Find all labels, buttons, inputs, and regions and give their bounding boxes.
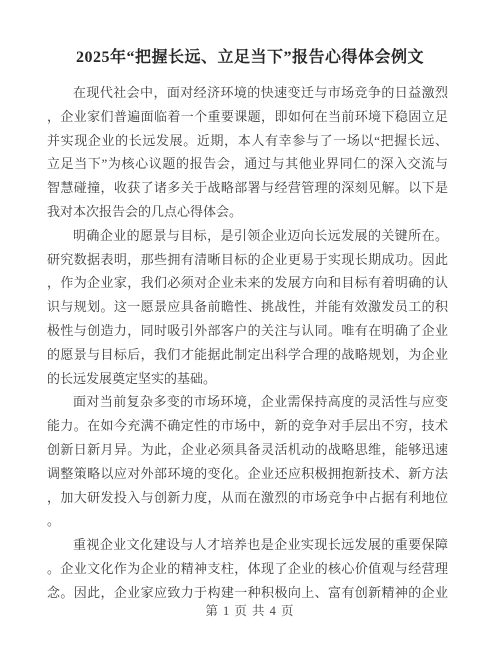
paragraph: 面对当前复杂多变的市场环境，企业需保持高度的灵活性与应变能力。在如今充满不确定性…	[47, 390, 448, 533]
page-title: 2025年“把握长远、立足当下”报告心得体会例文	[0, 0, 500, 69]
text-line: 的长远发展奠定坚实的基础。	[47, 367, 448, 391]
text-line: 极性与创造力，同时吸引外部客户的关注与认同。唯有在明确了企业	[47, 319, 448, 343]
text-line: 并实现企业的长远发展。近期，本人有幸参与了一场以“把握长远、	[47, 129, 448, 153]
paragraph: 重视企业文化建设与人才培养也是企业实现长远发展的重要保障。企业文化作为企业的精神…	[47, 533, 448, 604]
text-line: 我对本次报告会的几点心得体会。	[47, 200, 448, 224]
text-line: ，企业家们普遍面临着一个重要课题，即如何在当前环境下稳固立足	[47, 105, 448, 129]
text-line: 研究数据表明，那些拥有清晰目标的企业更易于实现长期成功。因此	[47, 248, 448, 272]
page-footer: 第 1 页 共 4 页	[0, 603, 500, 619]
text-line: 明确企业的愿景与目标，是引领企业迈向长远发展的关键所在。	[47, 224, 448, 248]
text-line: 的愿景与目标后，我们才能据此制定出科学合理的战略规划，为企业	[47, 343, 448, 367]
text-line: 在现代社会中，面对经济环境的快速变迁与市场竞争的日益激烈	[47, 81, 448, 105]
text-line: ，加大研发投入与创新力度，从而在激烈的市场竞争中占据有利地位	[47, 486, 448, 510]
text-line: 智慧碰撞，收获了诸多关于战略部署与经营管理的深刻见解。以下是	[47, 176, 448, 200]
text-line: 创新日新月异。为此，企业必须具备灵活机动的战略思维，能够迅速	[47, 438, 448, 462]
text-line: 识与规划。这一愿景应具备前瞻性、挑战性，并能有效激发员工的积	[47, 295, 448, 319]
text-line: 念。因此，企业家应致力于构建一种积极向上、富有创新精神的企业	[47, 581, 448, 605]
text-line: 调整策略以应对外部环境的变化。企业还应积极拥抱新技术、新方法	[47, 462, 448, 486]
text-line: 。企业文化作为企业的精神支柱，体现了企业的核心价值观与经营理	[47, 557, 448, 581]
document-body: 在现代社会中，面对经济环境的快速变迁与市场竞争的日益激烈，企业家们普遍面临着一个…	[47, 81, 448, 605]
text-line: 能力。在如今充满不确定性的市场中，新的竞争对手层出不穷，技术	[47, 414, 448, 438]
paragraph: 明确企业的愿景与目标，是引领企业迈向长远发展的关键所在。研究数据表明，那些拥有清…	[47, 224, 448, 391]
text-line: 面对当前复杂多变的市场环境，企业需保持高度的灵活性与应变	[47, 390, 448, 414]
paragraph: 在现代社会中，面对经济环境的快速变迁与市场竞争的日益激烈，企业家们普遍面临着一个…	[47, 81, 448, 224]
text-line: 立足当下”为核心议题的报告会，通过与其他业界同仁的深入交流与	[47, 152, 448, 176]
text-line: 。	[47, 509, 448, 533]
text-line: ，作为企业家，我们必须对企业未来的发展方向和目标有着明确的认	[47, 271, 448, 295]
text-line: 重视企业文化建设与人才培养也是企业实现长远发展的重要保障	[47, 533, 448, 557]
document-page: 2025年“把握长远、立足当下”报告心得体会例文 在现代社会中，面对经济环境的快…	[0, 0, 500, 647]
